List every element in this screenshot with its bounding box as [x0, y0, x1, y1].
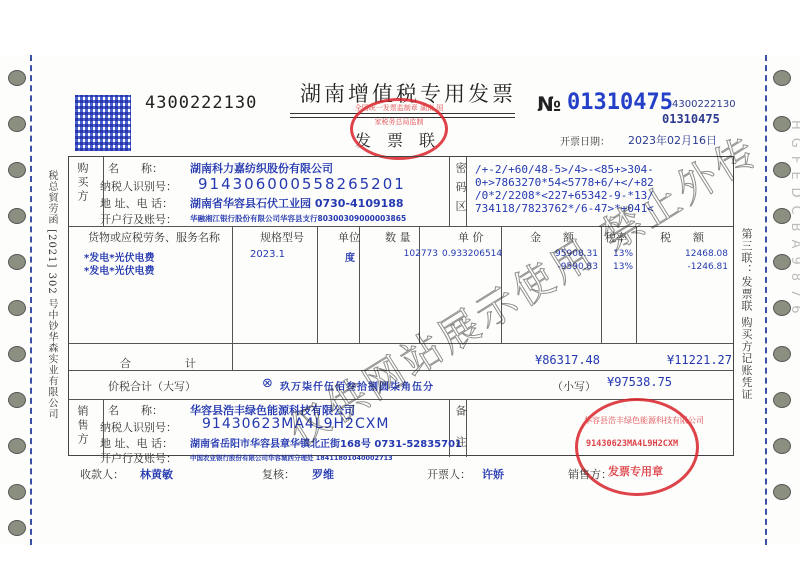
item-tax: -1246.81 [640, 262, 728, 272]
perforation-left [30, 55, 32, 545]
invoice-code: 4300222130 [145, 93, 257, 113]
remarks-label: 备注 [452, 405, 468, 467]
seal-type: 发票专用章 [608, 463, 663, 479]
punch-hole [773, 70, 791, 86]
buyer-bank: 华融湘江银行股份有限公司华容县支行80300309000003865 [190, 213, 406, 224]
seal-tax-id: 91430623MA4L9H2CXM [586, 439, 678, 449]
cipher-line: /+-2/+60/48-5>/4>-<85+>304- [475, 163, 654, 176]
invoice-number: 01310475 [567, 90, 673, 115]
circle-x-icon: ⊗ [262, 376, 273, 391]
total-amount: ¥86317.48 [510, 353, 600, 367]
col-header-price: 单 价 [458, 229, 484, 245]
payee-name: 林黄敏 [140, 466, 173, 482]
reviewer-name: 罗维 [312, 466, 334, 482]
date-label: 开票日期： [560, 133, 610, 148]
buyer-name-label: 名 称： [108, 160, 163, 176]
buyer-name: 湖南科力嘉纺织股份有限公司 [190, 160, 333, 176]
punch-hole [773, 438, 791, 454]
punch-hole [8, 116, 26, 132]
punch-hole [8, 520, 26, 536]
col-header-name: 货物或应税劳务、服务名称 [88, 229, 220, 245]
payee-label: 收款人： [80, 466, 124, 482]
issuer-name: 许娇 [482, 466, 504, 482]
item-spec: 2023.1 [250, 249, 285, 260]
item-price: 0.933206514 [442, 249, 502, 259]
punch-hole [8, 346, 26, 362]
punch-hole [8, 438, 26, 454]
invoice-code-small: 4300222130 [672, 99, 736, 110]
buyer-tax-id-label: 纳税人识别号： [100, 178, 177, 194]
punch-hole [8, 300, 26, 316]
buyer-section-label: 购买方 [74, 162, 90, 204]
punch-hole [8, 484, 26, 500]
punch-hole [773, 346, 791, 362]
seller-address-label: 地 址、电 话： [100, 435, 173, 451]
invoice-number-small: 01310475 [662, 112, 720, 126]
issuer-label: 开票人： [427, 466, 471, 482]
seller-tax-id-label: 纳税人识别号： [100, 419, 177, 435]
perforation-right [765, 55, 767, 545]
qr-code [75, 95, 131, 151]
edge-letters: HGFEDCBA9876 [788, 120, 800, 322]
punch-hole [8, 254, 26, 270]
punch-hole [773, 484, 791, 500]
seal-company-name: 华容县浩丰绿色能源科技有限公司 [584, 415, 688, 426]
seller-name-label: 名 称： [108, 402, 163, 418]
item-tax: 12468.08 [640, 249, 728, 259]
printer-note: 税总貿劳函 [2021] 302 号中钞华森实业有限公司 [44, 170, 59, 420]
seal-text: 全国统一发票监制章 湖南 国家税务总局监制 [355, 104, 443, 126]
punch-hole [8, 392, 26, 408]
item-qty: 102773 [383, 249, 438, 259]
buyer-bank-label: 开户行及账号： [100, 211, 177, 227]
seller-section-label: 销售方 [74, 405, 90, 447]
total-tax: ¥11221.27 [640, 353, 732, 367]
punch-hole [773, 392, 791, 408]
col-header-spec: 规格型号 [260, 229, 304, 245]
cipher-line: 0+>7863270*54<5778+6/+</+82 [475, 176, 654, 189]
number-symbol: № [537, 92, 561, 116]
col-header-qty: 数 量 [385, 229, 411, 245]
divider [449, 157, 450, 226]
seller-bank-label: 开户行及账号： [100, 450, 177, 466]
col-header-unit: 单位 [338, 229, 360, 245]
grand-total-amount: ¥97538.75 [607, 375, 672, 389]
punch-hole [8, 208, 26, 224]
buyer-address: 湖南省华容县石伏工业园 0730-4109188 [190, 195, 404, 211]
punch-hole [8, 162, 26, 178]
tax-bureau-seal: 全国统一发票监制章 湖南 国家税务总局监制 [350, 98, 448, 160]
punch-hole [8, 70, 26, 86]
buyer-address-label: 地 址、电 话： [100, 195, 173, 211]
grand-total-small-label: （小写） [552, 378, 596, 394]
item-unit: 度 [345, 249, 355, 264]
total-label: 合 计 [120, 355, 198, 371]
seller-bank: 中国农业银行股份有限公司华容城西分理处 18411801040002713 [190, 453, 393, 462]
divider [317, 226, 318, 343]
divider [232, 226, 233, 370]
grand-total-label: 价税合计（大写） [108, 378, 196, 394]
copy-note: 第三联：发票联 购买方记账凭证 [738, 228, 754, 401]
buyer-tax-id: 914306000558265201 [198, 175, 406, 193]
reviewer-label: 复核： [262, 466, 295, 482]
cipher-label: 密码区 [452, 162, 468, 219]
seller-sign-label: 销售方： [568, 466, 612, 482]
item-name: *发电*光伏电费 [84, 262, 154, 277]
